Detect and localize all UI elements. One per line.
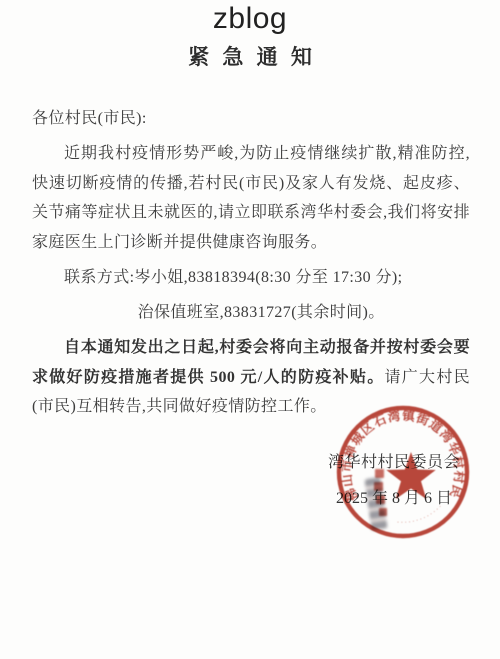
notice-body: 各位村民(市民): 近期我村疫情形势严峻,为防止疫情继续扩散,精准防控,快速切断… [32,104,470,422]
contact-line-2: 治保值班室,83831727(其余时间)。 [32,298,470,328]
notice-heading: 紧 急 通 知 [0,44,500,70]
salutation-line: 各位村民(市民): [32,104,470,134]
official-seal-stamp: 佛山市禅城区石湾镇街道湾华村村民委员会 ············· [333,403,473,543]
star-icon [386,452,435,499]
paragraph-epidemic: 近期我村疫情形势严峻,为防止疫情继续扩散,精准防控,快速切断疫情的传播,若村民(… [32,139,470,257]
seal-inner-inscription-mark [374,469,387,516]
notice-document-page: zblog 紧 急 通 知 各位村民(市民): 近期我村疫情形势严峻,为防止疫情… [0,0,500,659]
site-title: zblog [0,0,500,36]
seal-code-marks: ············· [397,503,445,526]
contact-line-1: 联系方式:岑小姐,83818394(8:30 分至 17:30 分); [32,263,470,293]
